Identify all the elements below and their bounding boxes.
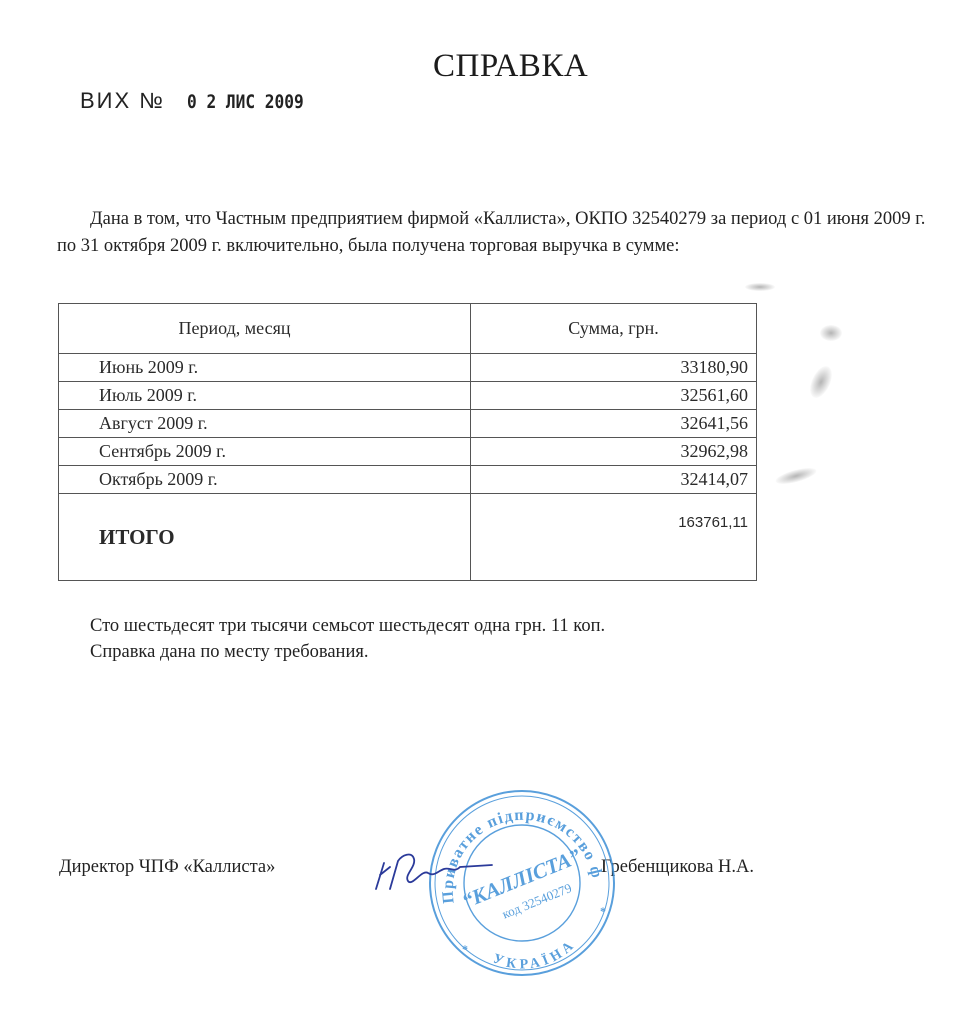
total-label: ИТОГО [59, 494, 471, 581]
row-period: Октябрь 2009 г. [59, 466, 471, 494]
row-amount: 33180,90 [471, 354, 757, 382]
scan-smudge [820, 325, 842, 341]
intro-text: Дана в том, что Частным предприятием фир… [57, 209, 925, 256]
row-amount: 32962,98 [471, 438, 757, 466]
signatory-name: Гребенщикова Н.А. [601, 857, 754, 878]
scan-smudge [774, 465, 818, 487]
svg-text:УКРАЇНА: УКРАЇНА [491, 937, 580, 973]
registration-number-label: ВИХ № [80, 88, 165, 113]
intro-paragraph: Дана в том, что Частным предприятием фир… [57, 206, 927, 260]
svg-text:*: * [600, 904, 606, 918]
table-row: Июнь 2009 г. 33180,90 [59, 354, 757, 382]
row-amount: 32641,56 [471, 410, 757, 438]
table-row: Октябрь 2009 г. 32414,07 [59, 466, 757, 494]
signature-icon [368, 845, 518, 895]
scan-smudge [745, 283, 775, 291]
registration-stamp: ВИХ № 0 2 ЛИС 2009 [80, 88, 324, 114]
revenue-table: Период, месяц Сумма, грн. Июнь 2009 г. 3… [58, 303, 757, 581]
table-row: Август 2009 г. 32641,56 [59, 410, 757, 438]
signatory-position: Директор ЧПФ «Каллиста» [59, 857, 275, 878]
row-period: Июль 2009 г. [59, 382, 471, 410]
row-amount: 32561,60 [471, 382, 757, 410]
table-row: Июль 2009 г. 32561,60 [59, 382, 757, 410]
header-period: Период, месяц [59, 304, 471, 354]
total-amount: 163761,11 [471, 494, 757, 581]
table-header-row: Период, месяц Сумма, грн. [59, 304, 757, 354]
seal-bottom-text: УКРАЇНА [491, 937, 580, 973]
row-period: Июнь 2009 г. [59, 354, 471, 382]
total-row: ИТОГО 163761,11 [59, 494, 757, 581]
purpose-note: Справка дана по месту требования. [90, 639, 605, 665]
row-period: Август 2009 г. [59, 410, 471, 438]
table-row: Сентябрь 2009 г. 32962,98 [59, 438, 757, 466]
amount-in-words: Сто шестьдесят три тысячи семьсот шестьд… [90, 613, 605, 639]
document-title: СПРАВКА [433, 48, 588, 85]
scan-smudge [806, 363, 837, 401]
row-period: Сентябрь 2009 г. [59, 438, 471, 466]
header-amount: Сумма, грн. [471, 304, 757, 354]
row-amount: 32414,07 [471, 466, 757, 494]
closing-text: Сто шестьдесят три тысячи семьсот шестьд… [90, 613, 605, 665]
svg-text:*: * [462, 942, 468, 956]
registration-date: 0 2 ЛИС 2009 [187, 91, 304, 113]
